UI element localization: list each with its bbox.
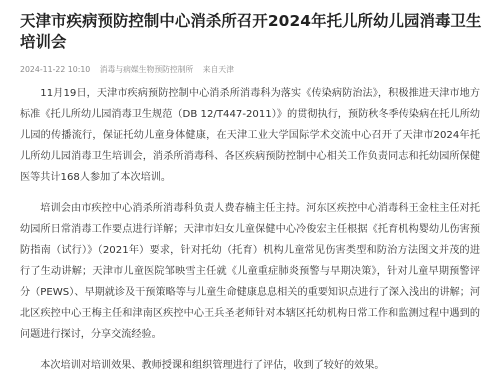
paragraph-training-details: 培训会由市疾控中心消杀所消毒科负责人费春楠主任主持。河东区疾控中心消毒科王金柱主… (20, 198, 480, 345)
publish-datetime: 2024-11-22 10:10 (20, 65, 90, 74)
article-meta: 2024-11-22 10:10 消毒与病媒生物预防控制所 来自天津 (20, 64, 482, 76)
location-label: 来自天津 (203, 65, 234, 74)
source-link[interactable]: 消毒与病媒生物预防控制所 (100, 65, 194, 74)
paragraph-intro: 11月19日，天津市疾病预防控制中心消杀所消毒科为落实《传染病防治法》，积极推进… (20, 83, 480, 188)
article-header: 天津市疾病预防控制中心消杀所召开2024年托儿所幼儿园消毒卫生培训会 2024-… (20, 11, 482, 76)
article-title: 天津市疾病预防控制中心消杀所召开2024年托儿所幼儿园消毒卫生培训会 (20, 11, 482, 53)
article-body: 11月19日，天津市疾病预防控制中心消杀所消毒科为落实《传染病防治法》，积极推进… (20, 83, 480, 386)
paragraph-conclusion: 本次培训对培训效果、教师授课和组织管理进行了评估，收到了较好的效果。 (20, 355, 480, 376)
